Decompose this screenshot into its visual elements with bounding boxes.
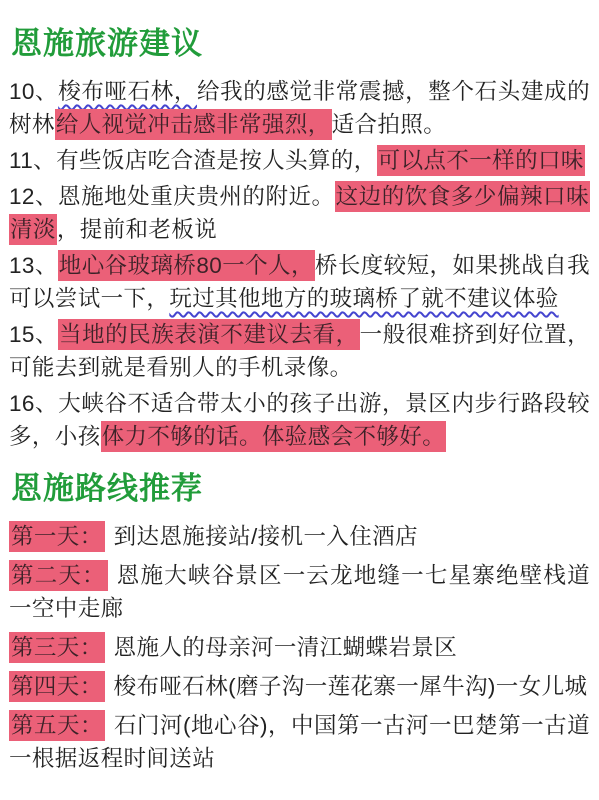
text-segment: 有些饭店吃合渣是按人头算的， [56,148,377,173]
advice-item: 11、有些饭店吃合渣是按人头算的，可以点不一样的口味 [9,144,590,177]
text-segment: 恩施地处重庆贵州的附近。 [58,184,335,209]
advice-item: 16、大峡谷不适合带太小的孩子出游，景区内步行路段较多，小孩体力不够的话。体验感… [9,387,590,453]
route-day-item: 第五天：石门河(地心谷)，中国第一古河一巴楚第一古道一根据返程时间送站 [9,709,590,775]
text-segment: ，提前和老板说 [57,217,217,242]
day-route-text: 到达恩施接站/接机一入住酒店 [114,524,418,549]
advice-list: 10、梭布哑石林，给我的感觉非常震撼，整个石头建成的树林给人视觉冲击感非常强烈，… [9,75,590,453]
day-label: 第三天： [9,632,105,663]
day-route-text: 恩施人的母亲河一清江蝴蝶岩景区 [114,635,458,660]
item-number: 16、 [9,391,58,416]
route-day-item: 第三天：恩施人的母亲河一清江蝴蝶岩景区 [9,631,590,664]
highlighted-text: 体力不够的话。体验感会不够好。 [101,421,447,452]
highlighted-text: 可以点不一样的口味 [377,145,585,176]
day-label: 第二天： [9,560,108,591]
advice-item: 15、当地的民族表演不建议去看，一般很难挤到好位置，可能去到就是看别人的手机录像… [9,318,590,384]
note-page: 恩施旅游建议 10、梭布哑石林，给我的感觉非常震撼，整个石头建成的树林给人视觉冲… [0,0,599,800]
item-number: 13、 [9,253,58,278]
route-day-item: 第一天：到达恩施接站/接机一入住酒店 [9,520,590,553]
day-label: 第四天： [9,671,105,702]
route-day-list: 第一天：到达恩施接站/接机一入住酒店第二天：恩施大峡谷景区一云龙地缝一七星寨绝壁… [9,520,590,775]
highlighted-text: 当地的民族表演不建议去看， [58,319,360,350]
text-segment: 适合拍照。 [332,112,447,137]
item-number: 12、 [9,184,58,209]
item-number: 10、 [9,79,58,104]
day-route-text: 梭布哑石林(磨子沟一莲花寨一犀牛沟)一女儿城 [114,674,588,699]
travel-advice-title: 恩施旅游建议 [11,26,590,62]
advice-item: 13、地心谷玻璃桥80一个人，桥长度较短，如果挑战自我可以尝试一下，玩过其他地方… [9,249,590,315]
route-recommendation-title: 恩施路线推荐 [11,471,590,507]
advice-item: 12、恩施地处重庆贵州的附近。这边的饮食多少偏辣口味清淡，提前和老板说 [9,180,590,246]
day-label: 第一天： [9,521,105,552]
underlined-text: 玩过其他地方的玻璃桥了就不建议体验 [169,286,558,311]
highlighted-text: 地心谷玻璃桥80一个人， [58,250,315,281]
route-day-item: 第四天：梭布哑石林(磨子沟一莲花寨一犀牛沟)一女儿城 [9,670,590,703]
advice-item: 10、梭布哑石林，给我的感觉非常震撼，整个石头建成的树林给人视觉冲击感非常强烈，… [9,75,590,141]
underlined-text: 梭布哑石林， [58,79,197,104]
route-day-item: 第二天：恩施大峡谷景区一云龙地缝一七星寨绝壁栈道一空中走廊 [9,559,590,625]
day-label: 第五天： [9,710,105,741]
item-number: 11、 [9,148,56,173]
highlighted-text: 给人视觉冲击感非常强烈， [55,109,332,140]
item-number: 15、 [9,322,58,347]
